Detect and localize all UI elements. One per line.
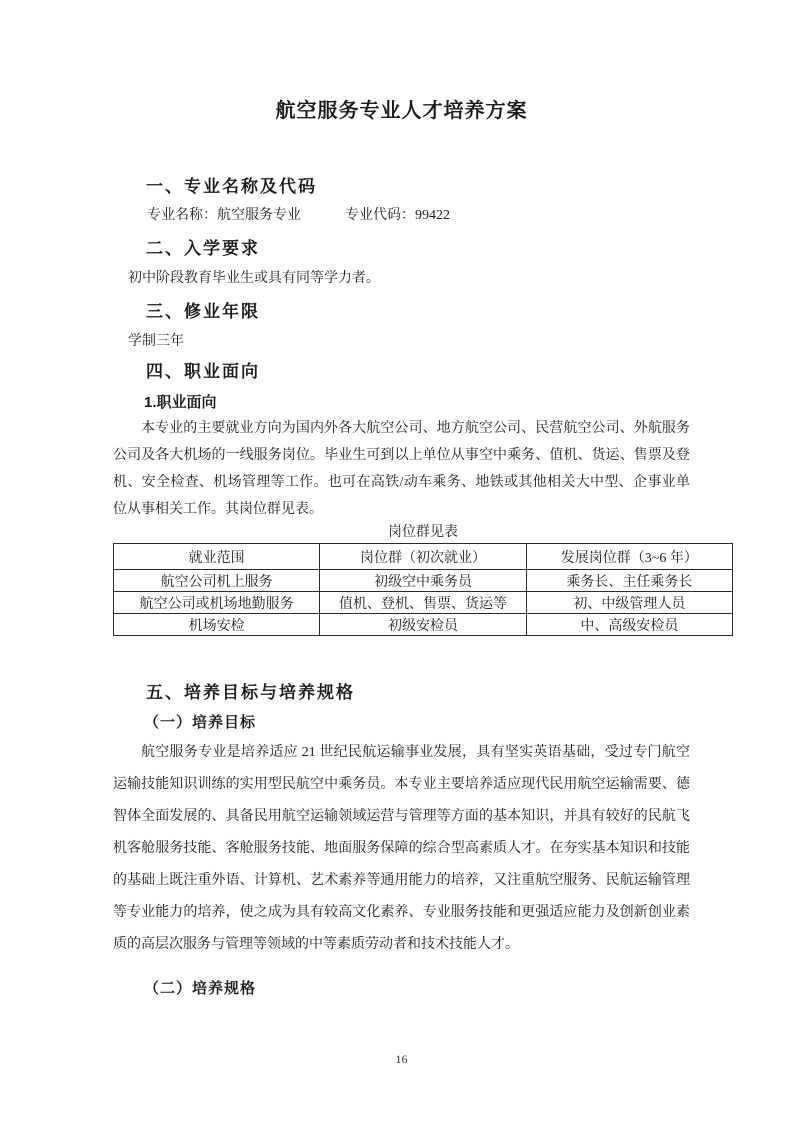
table-row-onboard-service: 航空公司机上服务 初级空中乘务员 乘务长、主任乘务长 (114, 570, 733, 592)
table-row-airport-security: 机场安检 初级安检员 中、高级安检员 (114, 614, 733, 636)
document-page: 航空服务专业人才培养方案 一、专业名称及代码 专业名称：航空服务专业专业代码：9… (0, 0, 794, 1123)
section-1-heading: 一、专业名称及代码 (146, 176, 690, 198)
table-cell: 初、中级管理人员 (526, 592, 732, 614)
job-table-caption: 岗位群见表 (113, 525, 733, 540)
column-header-employment-scope: 就业范围 (114, 544, 320, 570)
table-cell: 初级空中乘务员 (320, 570, 526, 592)
section-5-heading: 五、培养目标与培养规格 (146, 681, 690, 705)
career-orientation-subheading: 1.职业面向 (144, 392, 690, 414)
document-content: 航空服务专业人才培养方案 一、专业名称及代码 专业名称：航空服务专业专业代码：9… (113, 0, 690, 1000)
table-cell: 航空公司机上服务 (114, 570, 320, 592)
job-table-body: 航空公司机上服务 初级空中乘务员 乘务长、主任乘务长 航空公司或机场地勤服务 值… (114, 570, 733, 636)
job-table-header-row: 就业范围 岗位群（初次就业） 发展岗位群（3~6 年） (114, 544, 733, 570)
table-cell: 初级安检员 (320, 614, 526, 636)
study-duration-text: 学制三年 (128, 331, 690, 353)
column-header-initial-positions: 岗位群（初次就业） (320, 544, 526, 570)
training-objective-paragraph: 航空服务专业是培养适应 21 世纪民航运输事业发展，具有坚实英语基础，受过专门航… (113, 737, 690, 961)
specialty-name-code-line: 专业名称：航空服务专业专业代码：99422 (147, 205, 690, 227)
table-cell: 值机、登机、售票、货运等 (320, 592, 526, 614)
section-3-heading: 三、修业年限 (146, 301, 690, 323)
job-table-header: 就业范围 岗位群（初次就业） 发展岗位群（3~6 年） (114, 544, 733, 570)
column-header-development-positions: 发展岗位群（3~6 年） (526, 544, 732, 570)
document-title: 航空服务专业人才培养方案 (113, 97, 690, 125)
table-cell: 中、高级安检员 (526, 614, 732, 636)
job-table: 就业范围 岗位群（初次就业） 发展岗位群（3~6 年） 航空公司机上服务 初级空… (113, 543, 733, 636)
career-orientation-paragraph: 本专业的主要就业方向为国内外各大航空公司、地方航空公司、民营航空公司、外航服务公… (113, 415, 690, 523)
table-cell: 乘务长、主任乘务长 (526, 570, 732, 592)
training-objective-subheading: （一）培养目标 (144, 712, 690, 734)
admission-requirement-text: 初中阶段教育毕业生或具有同等学力者。 (128, 268, 690, 290)
page-number: 16 (113, 1052, 690, 1067)
training-spec-subheading: （二）培养规格 (144, 978, 690, 1000)
table-cell: 机场安检 (114, 614, 320, 636)
table-cell: 航空公司或机场地勤服务 (114, 592, 320, 614)
specialty-name: 专业名称：航空服务专业 (147, 208, 301, 223)
table-row-ground-service: 航空公司或机场地勤服务 值机、登机、售票、货运等 初、中级管理人员 (114, 592, 733, 614)
section-4-heading: 四、职业面向 (146, 361, 690, 383)
section-2-heading: 二、入学要求 (146, 238, 690, 260)
specialty-code: 专业代码：99422 (345, 208, 450, 223)
